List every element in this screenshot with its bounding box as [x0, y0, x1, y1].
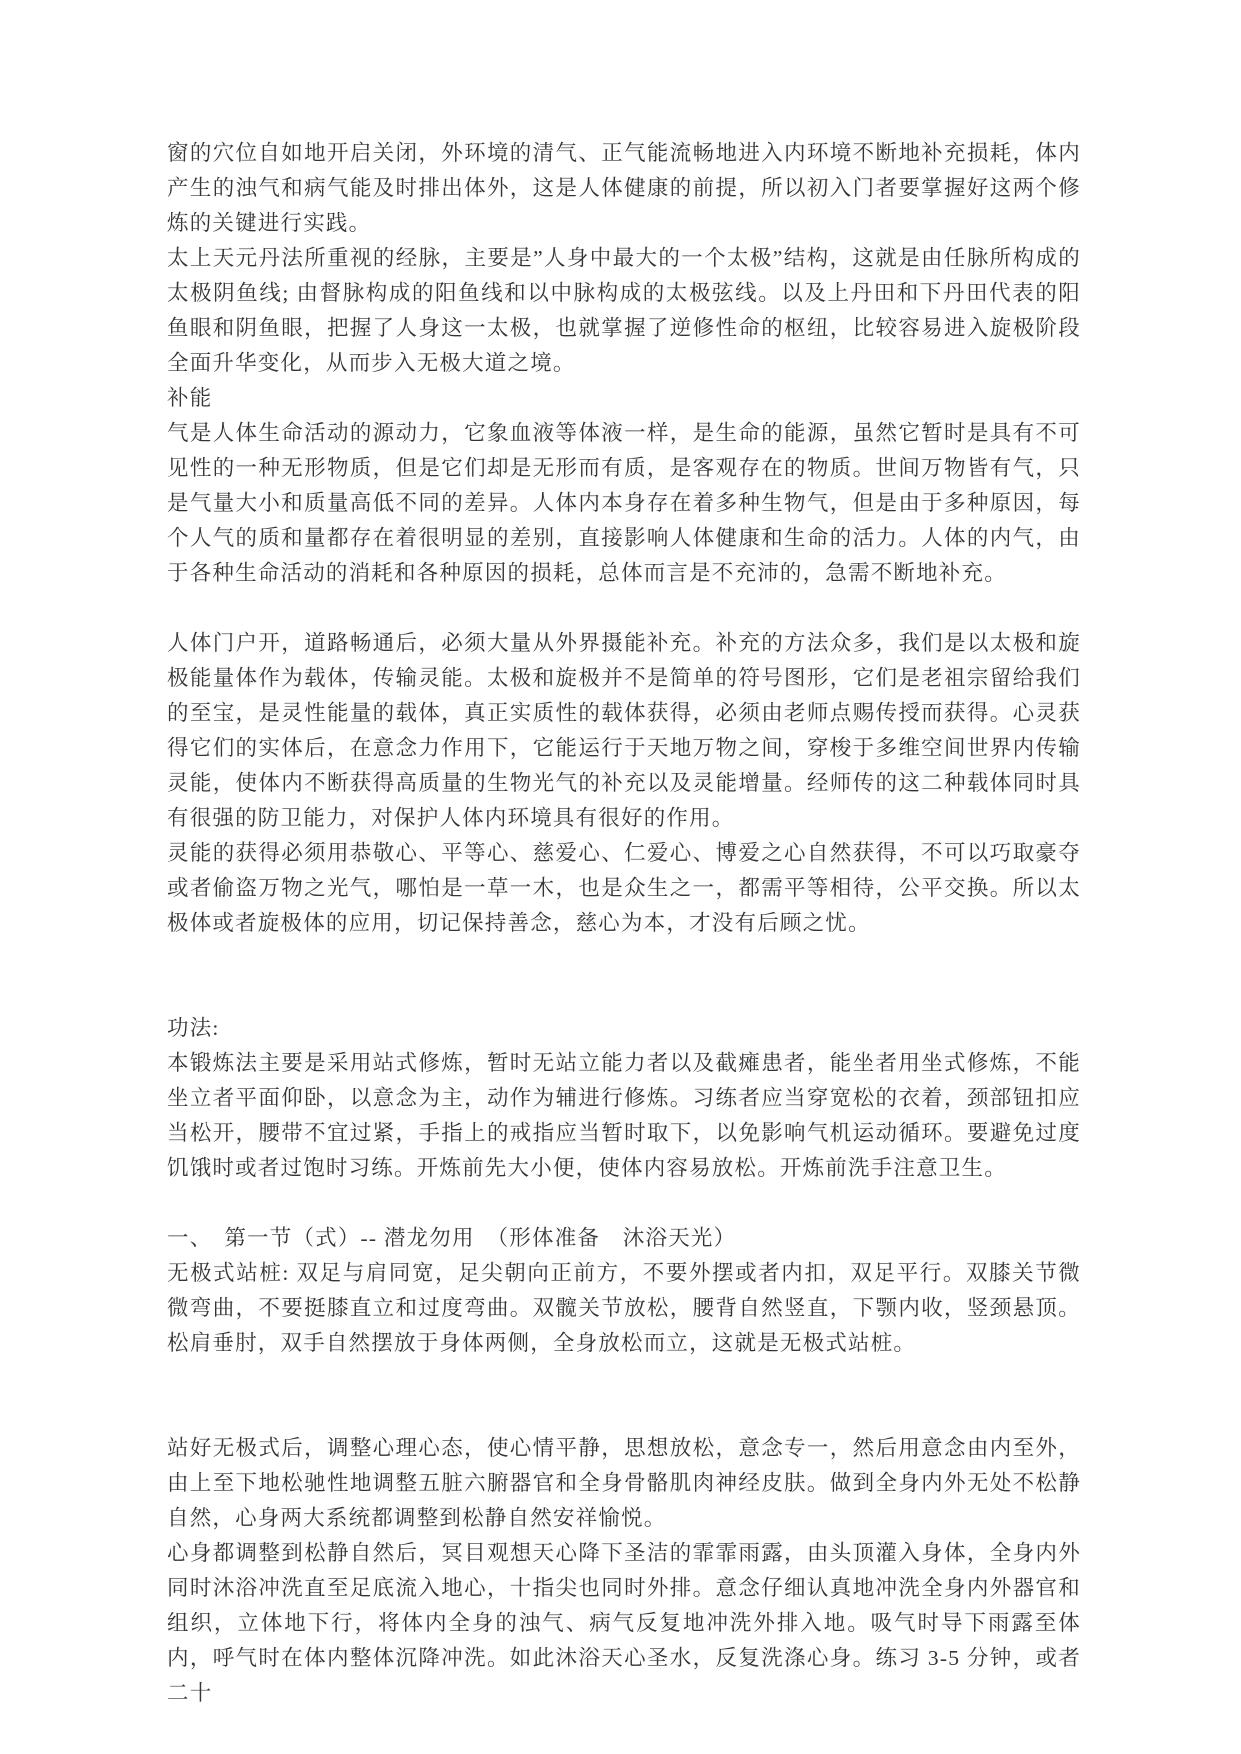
section-heading: 补能: [167, 381, 1081, 416]
paragraph: 灵能的获得必须用恭敬心、平等心、慈爱心、仁爱心、博爱之心自然获得，不可以巧取豪夺…: [167, 836, 1081, 941]
blank-line: [167, 1361, 1081, 1396]
paragraph: 人体门户开，道路畅通后，必须大量从外界摄能补充。补充的方法众多，我们是以太极和旋…: [167, 626, 1081, 836]
paragraph: 窗的穴位自如地开启关闭，外环境的清气、正气能流畅地进入内环境不断地补充损耗，体内…: [167, 136, 1081, 241]
blank-line: [167, 1396, 1081, 1431]
paragraph: 本锻炼法主要是采用站式修炼，暂时无站立能力者以及截瘫患者，能坐者用坐式修炼，不能…: [167, 1046, 1081, 1186]
paragraph: 太上天元丹法所重视的经脉，主要是”人身中最大的一个太极”结构，这就是由任脉所构成…: [167, 241, 1081, 381]
section-heading: 一、 第一节（式）-- 潜龙勿用 （形体准备 沐浴天光）: [167, 1221, 1081, 1256]
section-heading: 功法:: [167, 1011, 1081, 1046]
blank-line: [167, 941, 1081, 976]
blank-line: [167, 591, 1081, 626]
paragraph: 无极式站桩: 双足与肩同宽，足尖朝向正前方，不要外摆或者内扣，双足平行。双膝关节…: [167, 1256, 1081, 1361]
document-page: 窗的穴位自如地开启关闭，外环境的清气、正气能流畅地进入内环境不断地补充损耗，体内…: [0, 0, 1241, 1754]
paragraph: 站好无极式后，调整心理心态，使心情平静，思想放松，意念专一，然后用意念由内至外，…: [167, 1431, 1081, 1536]
blank-line: [167, 976, 1081, 1011]
blank-line: [167, 1186, 1081, 1221]
paragraph: 气是人体生命活动的源动力，它象血液等体液一样，是生命的能源，虽然它暂时是具有不可…: [167, 416, 1081, 591]
paragraph: 心身都调整到松静自然后，冥目观想天心降下圣洁的霏霏雨露，由头顶灌入身体，全身内外…: [167, 1536, 1081, 1711]
